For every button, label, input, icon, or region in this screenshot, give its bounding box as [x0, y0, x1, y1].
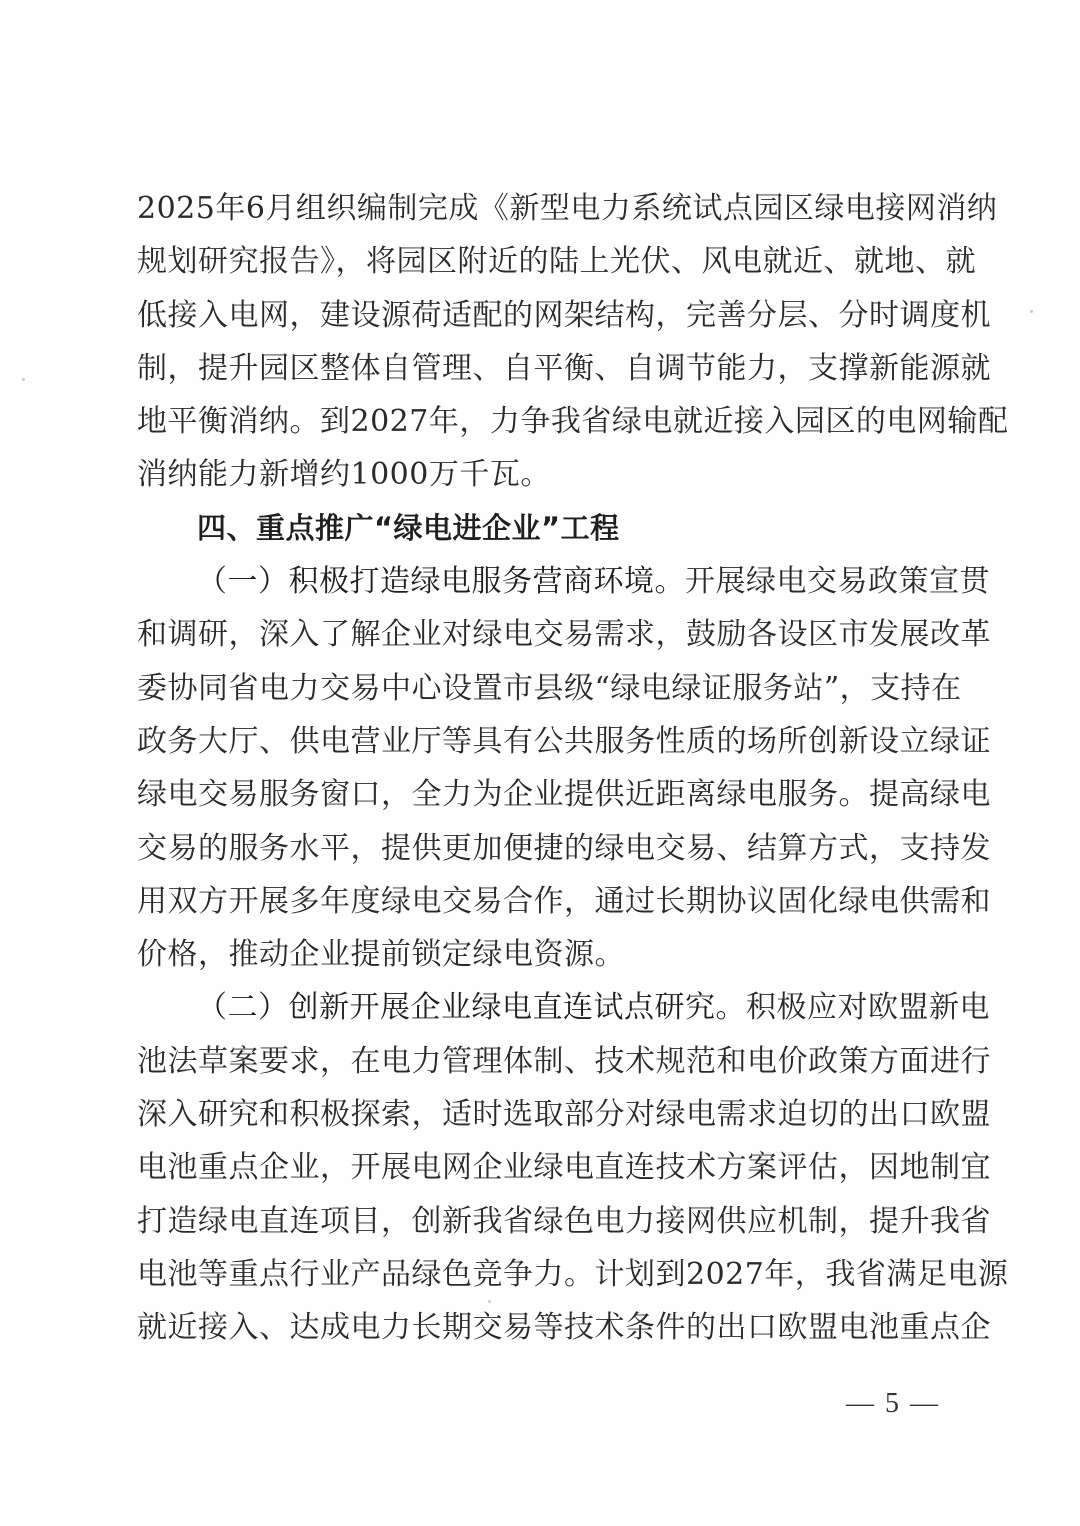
- text-line: 政务大厅、供电营业厅等具有公共服务性质的场所创新设立绿证: [137, 715, 947, 768]
- section-heading: 四、重点推广“绿电进企业”工程: [137, 502, 947, 555]
- subsection-first-line: （一）积极打造绿电服务营商环境。开展绿电交易政策宣贯: [137, 555, 947, 608]
- subsection-title: （一）积极打造绿电服务营商环境。: [197, 564, 685, 599]
- text-fragment: 积极应对欧盟新电: [746, 990, 990, 1025]
- text-line: 电池重点企业，开展电网企业绿电直连技术方案评估，因地制宜: [137, 1141, 947, 1194]
- text-line: 低接入电网，建设源荷适配的网架结构，完善分层、分时调度机: [137, 289, 947, 342]
- text-line: 用双方开展多年度绿电交易合作，通过长期协议固化绿电供需和: [137, 875, 947, 928]
- text-line: 池法草案要求，在电力管理体制、技术规范和电价政策方面进行: [137, 1035, 947, 1088]
- subsection-first-line: （二）创新开展企业绿电直连试点研究。积极应对欧盟新电: [137, 981, 947, 1034]
- text-line: 深入研究和积极探索，适时选取部分对绿电需求迫切的出口欧盟: [137, 1088, 947, 1141]
- text-fragment: 开展绿电交易政策宣贯: [685, 564, 990, 599]
- page-number: — 5 —: [846, 1388, 940, 1420]
- text-line: 委协同省电力交易中心设置市县级“绿电绿证服务站”，支持在: [137, 662, 947, 715]
- document-page: 2025年6月组织编制完成《新型电力系统试点园区绿电接网消纳 规划研究报告》，将…: [0, 0, 1080, 1526]
- text-line: 就近接入、达成电力长期交易等技术条件的出口欧盟电池重点企: [137, 1301, 947, 1354]
- subsection-title: （二）创新开展企业绿电直连试点研究。: [197, 990, 746, 1025]
- text-line: 2025年6月组织编制完成《新型电力系统试点园区绿电接网消纳: [137, 182, 947, 235]
- scan-speck: [22, 378, 25, 381]
- text-line: 消纳能力新增约1000万千瓦。: [137, 448, 947, 501]
- text-line: 打造绿电直连项目，创新我省绿色电力接网供应机制，提升我省: [137, 1195, 947, 1248]
- text-line: 交易的服务水平，提供更加便捷的绿电交易、结算方式，支持发: [137, 822, 947, 875]
- text-line: 制，提升园区整体自管理、自平衡、自调节能力，支撑新能源就: [137, 342, 947, 395]
- text-line: 电池等重点行业产品绿色竞争力。计划到2027年，我省满足电源: [137, 1248, 947, 1301]
- text-line: 价格，推动企业提前锁定绿电资源。: [137, 928, 947, 981]
- text-line: 规划研究报告》，将园区附近的陆上光伏、风电就近、就地、就: [137, 235, 947, 288]
- scan-speck: [488, 1300, 491, 1303]
- scan-speck: [1030, 310, 1033, 313]
- text-line: 和调研，深入了解企业对绿电交易需求，鼓励各设区市发展改革: [137, 608, 947, 661]
- text-line: 地平衡消纳。到2027年，力争我省绿电就近接入园区的电网输配: [137, 395, 947, 448]
- document-body: 2025年6月组织编制完成《新型电力系统试点园区绿电接网消纳 规划研究报告》，将…: [137, 182, 947, 1355]
- text-line: 绿电交易服务窗口，全力为企业提供近距离绿电服务。提高绿电: [137, 768, 947, 821]
